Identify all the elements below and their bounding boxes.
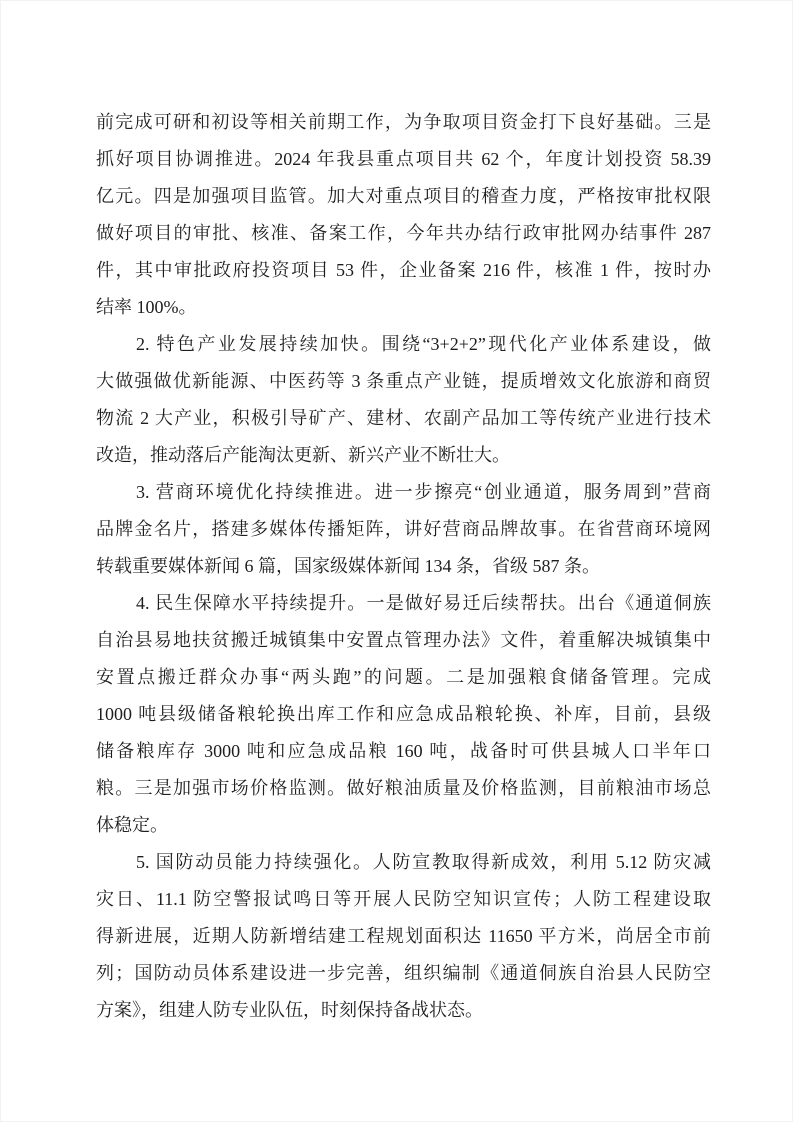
text-line: 品牌金名片，搭建多媒体传播矩阵，讲好营商品牌故事。在省营商环境网 [96, 511, 711, 548]
paragraph: 4. 民生保障水平持续提升。一是做好易迁后续帮扶。出台《通道侗族自治县易地扶贫搬… [96, 585, 711, 844]
document-body: 前完成可研和初设等相关前期工作，为争取项目资金打下良好基础。三是抓好项目协调推进… [96, 104, 711, 1029]
text-line: 前完成可研和初设等相关前期工作，为争取项目资金打下良好基础。三是 [96, 104, 711, 141]
text-line: 5. 国防动员能力持续强化。人防宣教取得新成效，利用 5.12 防灾减 [96, 844, 711, 881]
text-line: 1000 吨县级储备粮轮换出库工作和应急成品粮轮换、补库，目前，县级 [96, 696, 711, 733]
text-line: 物流 2 大产业，积极引导矿产、建材、农副产品加工等传统产业进行技术 [96, 400, 711, 437]
text-line: 体稳定。 [96, 807, 711, 844]
text-line: 件，其中审批政府投资项目 53 件，企业备案 216 件，核准 1 件，按时办 [96, 252, 711, 289]
text-line: 方案》，组建人防专业队伍，时刻保持备战状态。 [96, 992, 711, 1029]
document-page: 前完成可研和初设等相关前期工作，为争取项目资金打下良好基础。三是抓好项目协调推进… [0, 0, 793, 1122]
text-line: 改造，推动落后产能淘汰更新、新兴产业不断壮大。 [96, 437, 711, 474]
text-line: 安置点搬迁群众办事“两头跑”的问题。二是加强粮食储备管理。完成 [96, 659, 711, 696]
text-line: 得新进展，近期人防新增结建工程规划面积达 11650 平方米，尚居全市前 [96, 918, 711, 955]
paragraph: 前完成可研和初设等相关前期工作，为争取项目资金打下良好基础。三是抓好项目协调推进… [96, 104, 711, 326]
text-line: 粮。三是加强市场价格监测。做好粮油质量及价格监测，目前粮油市场总 [96, 770, 711, 807]
text-line: 结率 100%。 [96, 289, 711, 326]
text-line: 转载重要媒体新闻 6 篇，国家级媒体新闻 134 条，省级 587 条。 [96, 548, 711, 585]
text-line: 大做强做优新能源、中医药等 3 条重点产业链，提质增效文化旅游和商贸 [96, 363, 711, 400]
paragraph: 3. 营商环境优化持续推进。进一步擦亮“创业通道，服务周到”营商品牌金名片，搭建… [96, 474, 711, 585]
text-line: 4. 民生保障水平持续提升。一是做好易迁后续帮扶。出台《通道侗族 [96, 585, 711, 622]
text-line: 亿元。四是加强项目监管。加大对重点项目的稽查力度，严格按审批权限 [96, 178, 711, 215]
text-line: 3. 营商环境优化持续推进。进一步擦亮“创业通道，服务周到”营商 [96, 474, 711, 511]
text-line: 2. 特色产业发展持续加快。围绕“3+2+2”现代化产业体系建设，做 [96, 326, 711, 363]
text-line: 做好项目的审批、核准、备案工作，今年共办结行政审批网办结事件 287 [96, 215, 711, 252]
paragraph: 5. 国防动员能力持续强化。人防宣教取得新成效，利用 5.12 防灾减灾日、11… [96, 844, 711, 1029]
text-line: 储备粮库存 3000 吨和应急成品粮 160 吨，战备时可供县城人口半年口 [96, 733, 711, 770]
paragraph: 2. 特色产业发展持续加快。围绕“3+2+2”现代化产业体系建设，做大做强做优新… [96, 326, 711, 474]
text-line: 列；国防动员体系建设进一步完善，组织编制《通道侗族自治县人民防空 [96, 955, 711, 992]
text-line: 自治县易地扶贫搬迁城镇集中安置点管理办法》文件，着重解决城镇集中 [96, 622, 711, 659]
text-line: 灾日、11.1 防空警报试鸣日等开展人民防空知识宣传；人防工程建设取 [96, 881, 711, 918]
text-line: 抓好项目协调推进。2024 年我县重点项目共 62 个，年度计划投资 58.39 [96, 141, 711, 178]
